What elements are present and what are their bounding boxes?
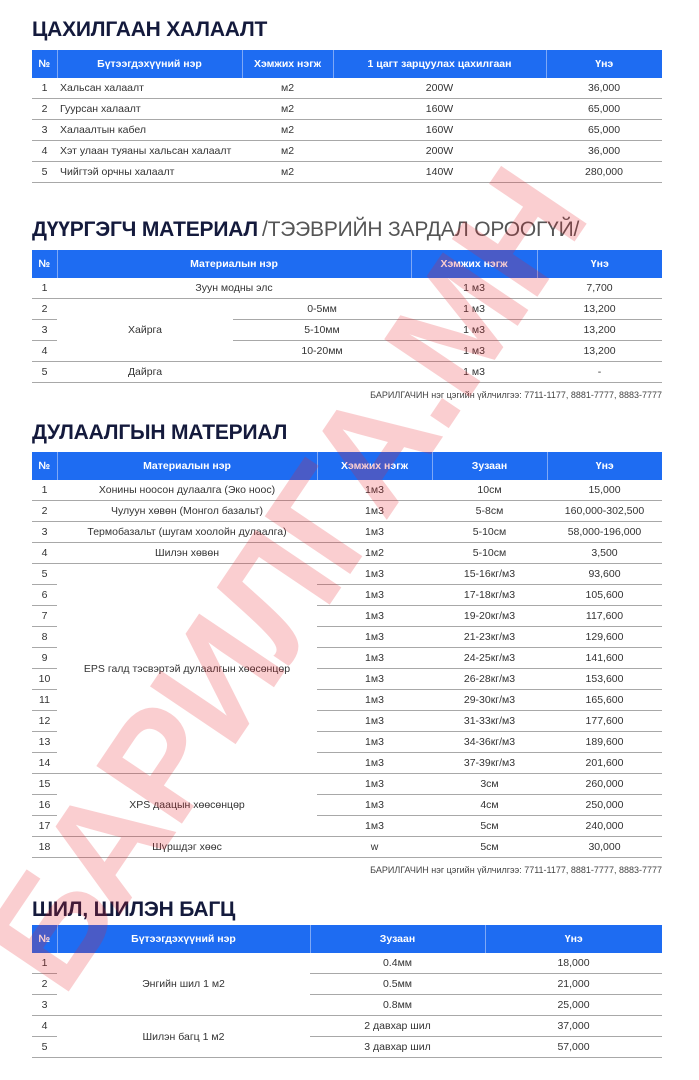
cell-thickness: 29-30кг/м3 — [432, 690, 547, 711]
insulation-table: № Материалын нэр Хэмжих нэгж Зузаан Үнэ … — [32, 452, 662, 858]
cell-no: 6 — [32, 585, 57, 606]
footnote-contact: БАРИЛГАЧИН нэг цэгийн үйлчилгээ: 7711-11… — [32, 390, 662, 404]
cell-name-group: XPS даацын хөөсөнцөр — [57, 774, 317, 837]
col-no: № — [32, 50, 57, 78]
section-subtitle: /ТЭЭВРИЙН ЗАРДАЛ ОРООГҮЙ/ — [262, 218, 579, 241]
cell-no: 3 — [32, 320, 57, 341]
cell-price: 141,600 — [547, 648, 662, 669]
cell-no: 2 — [32, 99, 57, 120]
cell-no: 5 — [32, 564, 57, 585]
cell-price: 160,000-302,500 — [547, 501, 662, 522]
cell-name: Дайрга — [57, 362, 233, 383]
section-title: ДУЛААЛГЫН МАТЕРИАЛ — [32, 418, 662, 448]
col-price: Үнэ — [546, 50, 662, 78]
cell-unit: 1м3 — [317, 690, 432, 711]
cell-power: 160W — [333, 99, 546, 120]
cell-unit: 1м3 — [317, 711, 432, 732]
cell-size: 10-20мм — [233, 341, 411, 362]
cell-unit: 1 м3 — [411, 362, 537, 383]
cell-unit: 1м3 — [317, 774, 432, 795]
cell-thickness: 5-8см — [432, 501, 547, 522]
col-unit: Хэмжих нэгж — [242, 50, 333, 78]
cell-price: 105,600 — [547, 585, 662, 606]
table-row: 4 Шилэн багц 1 м2 2 давхар шил 37,000 — [32, 1016, 662, 1037]
table-row: 2 Хайрга 0-5мм 1 м3 13,200 — [32, 299, 662, 320]
table-row: 2Гуурсан халаалтм2160W65,000 — [32, 99, 662, 120]
cell-name: Чийгтэй орчны халаалт — [57, 162, 242, 183]
cell-size: 0-5мм — [233, 299, 411, 320]
cell-price: 15,000 — [547, 480, 662, 501]
table-row: 1Хальсан халаалтм2200W36,000 — [32, 78, 662, 99]
col-unit: Хэмжих нэгж — [411, 250, 537, 278]
cell-no: 14 — [32, 753, 57, 774]
cell-price: 21,000 — [485, 974, 662, 995]
table-row: 3Термобазальт (шугам хоолойн дулаалга)1м… — [32, 522, 662, 543]
cell-price: 201,600 — [547, 753, 662, 774]
cell-thickness: 0.4мм — [310, 953, 485, 974]
cell-unit: 1м3 — [317, 753, 432, 774]
cell-price: 58,000-196,000 — [547, 522, 662, 543]
cell-unit: w — [317, 837, 432, 858]
cell-price: - — [537, 362, 662, 383]
cell-thickness: 10см — [432, 480, 547, 501]
cell-no: 4 — [32, 543, 57, 564]
cell-name: Хальсан халаалт — [57, 78, 242, 99]
cell-thickness: 31-33кг/м3 — [432, 711, 547, 732]
cell-no: 10 — [32, 669, 57, 690]
col-name: Материалын нэр — [57, 250, 411, 278]
cell-price: 280,000 — [546, 162, 662, 183]
cell-thickness: 24-25кг/м3 — [432, 648, 547, 669]
cell-unit: 1м3 — [317, 564, 432, 585]
cell-price: 7,700 — [537, 278, 662, 299]
col-name: Бүтээгдэхүүний нэр — [57, 925, 310, 953]
cell-power: 200W — [333, 78, 546, 99]
cell-price: 57,000 — [485, 1037, 662, 1058]
cell-no: 12 — [32, 711, 57, 732]
cell-unit: 1 м3 — [411, 299, 537, 320]
cell-power: 140W — [333, 162, 546, 183]
cell-price: 13,200 — [537, 320, 662, 341]
cell-price: 65,000 — [546, 99, 662, 120]
table-row: 2Чулуун хөвөн (Монгол базальт)1м35-8см16… — [32, 501, 662, 522]
cell-unit: 1м3 — [317, 522, 432, 543]
cell-unit: м2 — [242, 78, 333, 99]
cell-thickness: 26-28кг/м3 — [432, 669, 547, 690]
cell-thickness: 3 давхар шил — [310, 1037, 485, 1058]
col-name: Бүтээгдэхүүний нэр — [57, 50, 242, 78]
cell-power: 160W — [333, 120, 546, 141]
cell-no: 15 — [32, 774, 57, 795]
table-row: 4Шилэн хөвөн1м25-10см3,500 — [32, 543, 662, 564]
cell-price: 65,000 — [546, 120, 662, 141]
cell-price: 165,600 — [547, 690, 662, 711]
cell-no: 3 — [32, 522, 57, 543]
cell-unit: 1м3 — [317, 501, 432, 522]
table-header: № Материалын нэр Хэмжих нэгж Зузаан Үнэ — [32, 452, 662, 480]
cell-name-group: Шилэн багц 1 м2 — [57, 1016, 310, 1058]
cell-unit: 1м3 — [317, 627, 432, 648]
cell-price: 153,600 — [547, 669, 662, 690]
cell-unit: 1м3 — [317, 669, 432, 690]
section-glass: ШИЛ, ШИЛЭН БАГЦ № Бүтээгдэхүүний нэр Зуз… — [32, 895, 662, 1058]
cell-price: 177,600 — [547, 711, 662, 732]
cell-price: 250,000 — [547, 795, 662, 816]
cell-thickness: 3см — [432, 774, 547, 795]
cell-thickness: 21-23кг/м3 — [432, 627, 547, 648]
cell-power: 200W — [333, 141, 546, 162]
cell-no: 4 — [32, 1016, 57, 1037]
table-row: 1 Зуун модны элс 1 м3 7,700 — [32, 278, 662, 299]
cell-price: 117,600 — [547, 606, 662, 627]
cell-no: 1 — [32, 953, 57, 974]
cell-no: 4 — [32, 141, 57, 162]
cell-unit: 1 м3 — [411, 278, 537, 299]
cell-name-group: Хайрга — [57, 299, 233, 362]
cell-no: 2 — [32, 974, 57, 995]
cell-name: Шүршдэг хөөс — [57, 837, 317, 858]
cell-unit: м2 — [242, 120, 333, 141]
cell-price: 18,000 — [485, 953, 662, 974]
cell-no: 2 — [32, 299, 57, 320]
cell-thickness: 37-39кг/м3 — [432, 753, 547, 774]
footnote-contact: БАРИЛГАЧИН нэг цэгийн үйлчилгээ: 7711-11… — [32, 865, 662, 879]
glass-table: № Бүтээгдэхүүний нэр Зузаан Үнэ 1 Энгийн… — [32, 925, 662, 1058]
cell-thickness: 5см — [432, 837, 547, 858]
cell-price: 3,500 — [547, 543, 662, 564]
section-title: ДҮҮРГЭГЧ МАТЕРИАЛ/ТЭЭВРИЙН ЗАРДАЛ ОРООГҮ… — [32, 215, 662, 245]
cell-name: Хэт улаан туяаны хальсан халаалт — [57, 141, 242, 162]
col-price: Үнэ — [485, 925, 662, 953]
col-name: Материалын нэр — [57, 452, 317, 480]
cell-unit: 1м3 — [317, 480, 432, 501]
table-header: № Бүтээгдэхүүний нэр Зузаан Үнэ — [32, 925, 662, 953]
col-no: № — [32, 452, 57, 480]
cell-price: 260,000 — [547, 774, 662, 795]
cell-no: 1 — [32, 480, 57, 501]
section-electric-heating: ЦАХИЛГААН ХАЛААЛТ № Бүтээгдэхүүний нэр Х… — [32, 15, 662, 183]
table-row: 1Хонины ноосон дулаалга (Эко ноос)1м310с… — [32, 480, 662, 501]
table-header: № Бүтээгдэхүүний нэр Хэмжих нэгж 1 цагт … — [32, 50, 662, 78]
cell-size — [233, 362, 411, 383]
col-power: 1 цагт зарцуулах цахилгаан — [333, 50, 546, 78]
cell-price: 93,600 — [547, 564, 662, 585]
cell-no: 13 — [32, 732, 57, 753]
cell-thickness: 0.5мм — [310, 974, 485, 995]
cell-no: 3 — [32, 120, 57, 141]
cell-unit: 1м3 — [317, 795, 432, 816]
cell-no: 11 — [32, 690, 57, 711]
col-no: № — [32, 925, 57, 953]
cell-unit: 1м3 — [317, 816, 432, 837]
section-title-main: ДҮҮРГЭГЧ МАТЕРИАЛ — [32, 218, 258, 241]
cell-unit: м2 — [242, 141, 333, 162]
cell-thickness: 2 давхар шил — [310, 1016, 485, 1037]
cell-size: 5-10мм — [233, 320, 411, 341]
cell-unit: 1 м3 — [411, 341, 537, 362]
cell-price: 13,200 — [537, 299, 662, 320]
table-row: 5Чийгтэй орчны халаалтм2140W280,000 — [32, 162, 662, 183]
cell-price: 129,600 — [547, 627, 662, 648]
cell-no: 3 — [32, 995, 57, 1016]
cell-thickness: 34-36кг/м3 — [432, 732, 547, 753]
cell-thickness: 19-20кг/м3 — [432, 606, 547, 627]
cell-no: 1 — [32, 278, 57, 299]
col-price: Үнэ — [537, 250, 662, 278]
cell-no: 5 — [32, 1037, 57, 1058]
col-no: № — [32, 250, 57, 278]
cell-price: 36,000 — [546, 78, 662, 99]
cell-unit: 1 м3 — [411, 320, 537, 341]
cell-name: Халаалтын кабел — [57, 120, 242, 141]
cell-price: 13,200 — [537, 341, 662, 362]
filler-table: № Материалын нэр Хэмжих нэгж Үнэ 1 Зуун … — [32, 250, 662, 383]
section-filler-material: ДҮҮРГЭГЧ МАТЕРИАЛ/ТЭЭВРИЙН ЗАРДАЛ ОРООГҮ… — [32, 215, 662, 404]
table-header: № Материалын нэр Хэмжих нэгж Үнэ — [32, 250, 662, 278]
cell-name: Хонины ноосон дулаалга (Эко ноос) — [57, 480, 317, 501]
section-title: ШИЛ, ШИЛЭН БАГЦ — [32, 895, 662, 925]
cell-name: Термобазальт (шугам хоолойн дулаалга) — [57, 522, 317, 543]
cell-no: 5 — [32, 162, 57, 183]
table-row: 5EPS галд тэсвэртэй дулаалгын хөөсөнцөр1… — [32, 564, 662, 585]
cell-name-group: Энгийн шил 1 м2 — [57, 953, 310, 1016]
cell-no: 8 — [32, 627, 57, 648]
cell-unit: 1м3 — [317, 732, 432, 753]
col-thickness: Зузаан — [432, 452, 547, 480]
cell-name: Шилэн хөвөн — [57, 543, 317, 564]
table-row: 5 Дайрга 1 м3 - — [32, 362, 662, 383]
cell-price: 240,000 — [547, 816, 662, 837]
cell-name: Чулуун хөвөн (Монгол базальт) — [57, 501, 317, 522]
cell-unit: 1м3 — [317, 585, 432, 606]
col-thickness: Зузаан — [310, 925, 485, 953]
col-price: Үнэ — [547, 452, 662, 480]
cell-thickness: 4см — [432, 795, 547, 816]
cell-no: 9 — [32, 648, 57, 669]
section-title: ЦАХИЛГААН ХАЛААЛТ — [32, 15, 662, 45]
cell-no: 7 — [32, 606, 57, 627]
cell-no: 17 — [32, 816, 57, 837]
cell-price: 189,600 — [547, 732, 662, 753]
table-row: 3Халаалтын кабелм2160W65,000 — [32, 120, 662, 141]
cell-unit: 1м3 — [317, 606, 432, 627]
cell-thickness: 5-10см — [432, 543, 547, 564]
table-row: 4Хэт улаан туяаны хальсан халаалтм2200W3… — [32, 141, 662, 162]
cell-name: Гуурсан халаалт — [57, 99, 242, 120]
table-row: 1 Энгийн шил 1 м2 0.4мм 18,000 — [32, 953, 662, 974]
cell-price: 25,000 — [485, 995, 662, 1016]
cell-no: 1 — [32, 78, 57, 99]
cell-unit: м2 — [242, 99, 333, 120]
cell-unit: 1м3 — [317, 648, 432, 669]
cell-name: Зуун модны элс — [57, 278, 411, 299]
cell-unit: м2 — [242, 162, 333, 183]
cell-price: 30,000 — [547, 837, 662, 858]
cell-thickness: 15-16кг/м3 — [432, 564, 547, 585]
cell-thickness: 0.8мм — [310, 995, 485, 1016]
col-unit: Хэмжих нэгж — [317, 452, 432, 480]
cell-thickness: 5-10см — [432, 522, 547, 543]
cell-no: 16 — [32, 795, 57, 816]
table-row: 15XPS даацын хөөсөнцөр1м33см260,000 — [32, 774, 662, 795]
cell-price: 36,000 — [546, 141, 662, 162]
section-insulation-material: ДУЛААЛГЫН МАТЕРИАЛ № Материалын нэр Хэмж… — [32, 418, 662, 879]
cell-no: 18 — [32, 837, 57, 858]
table-row: 18Шүршдэг хөөсw5см30,000 — [32, 837, 662, 858]
cell-no: 4 — [32, 341, 57, 362]
cell-thickness: 5см — [432, 816, 547, 837]
cell-thickness: 17-18кг/м3 — [432, 585, 547, 606]
cell-name-group: EPS галд тэсвэртэй дулаалгын хөөсөнцөр — [57, 564, 317, 774]
cell-no: 5 — [32, 362, 57, 383]
cell-unit: 1м2 — [317, 543, 432, 564]
cell-price: 37,000 — [485, 1016, 662, 1037]
cell-no: 2 — [32, 501, 57, 522]
heating-table: № Бүтээгдэхүүний нэр Хэмжих нэгж 1 цагт … — [32, 50, 662, 183]
